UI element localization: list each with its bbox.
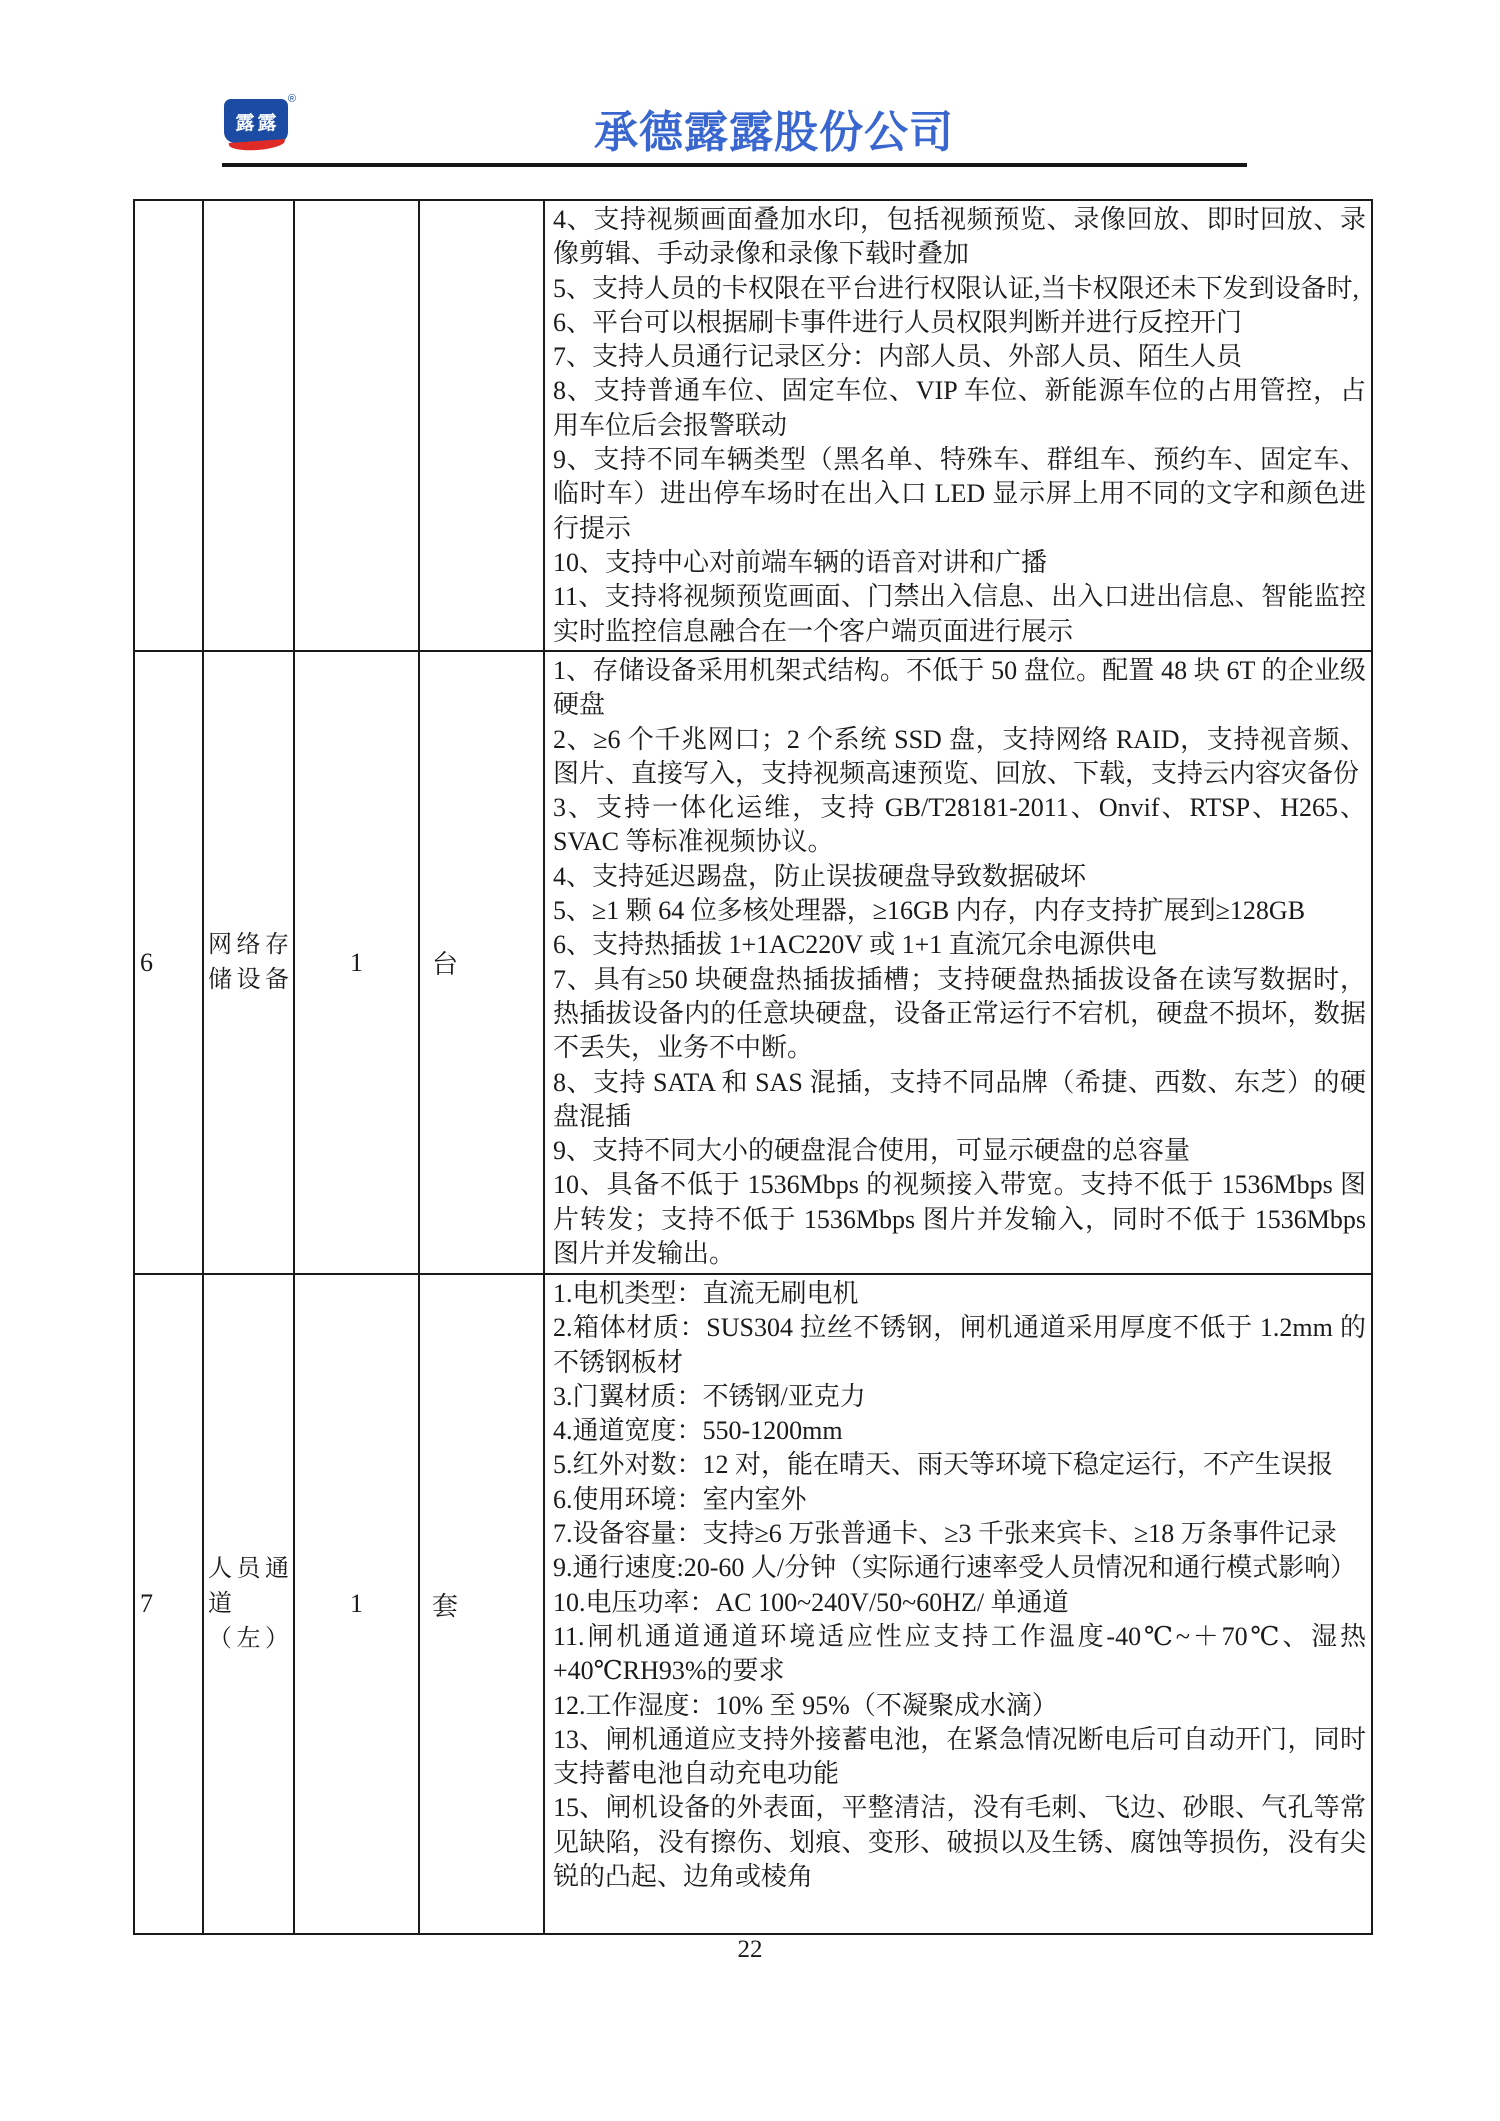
- row-no-cell: 6: [135, 652, 204, 1275]
- row-spec-cell: 1、存储设备采用机架式结构。不低于 50 盘位。配置 48 块 6T 的企业级硬…: [545, 652, 1371, 1275]
- spec-item: 11、支持将视频预览画面、门禁出入信息、出入口进出信息、智能监控实时监控信息融合…: [553, 580, 1366, 649]
- row-qty-cell: 1: [295, 652, 420, 1275]
- spec-item: 13、闸机通道应支持外接蓄电池，在紧急情况断电后可自动开门，同时支持蓄电池自动充…: [553, 1723, 1366, 1792]
- spec-item: 5、≥1 颗 64 位多核处理器，≥16GB 内存，内存支持扩展到≥128GB: [553, 894, 1366, 928]
- row-name-cell: 人员通 道（左）: [204, 1275, 295, 1933]
- spec-item: 2.箱体材质：SUS304 拉丝不锈钢，闸机通道采用厚度不低于 1.2mm 的不…: [553, 1311, 1366, 1380]
- spec-table: 4、支持视频画面叠加水印，包括视频预览、录像回放、即时回放、录像剪辑、手动录像和…: [133, 199, 1373, 1935]
- spec-item: 9、支持不同大小的硬盘混合使用，可显示硬盘的总容量: [553, 1134, 1366, 1168]
- row-name-cell: [204, 201, 295, 652]
- spec-item: 8、支持 SATA 和 SAS 混插，支持不同品牌（希捷、西数、东芝）的硬盘混插: [553, 1066, 1366, 1135]
- spec-item: 5、支持人员的卡权限在平台进行权限认证,当卡权限还未下发到设备时,: [553, 272, 1366, 306]
- spec-item: 4.通道宽度：550-1200mm: [553, 1414, 1366, 1448]
- spec-item: 11.闸机通道通道环境适应性应支持工作温度-40℃~＋70℃、湿热+40℃RH9…: [553, 1620, 1366, 1689]
- spec-item: 4、支持视频画面叠加水印，包括视频预览、录像回放、即时回放、录像剪辑、手动录像和…: [553, 203, 1366, 272]
- spec-item: 10.电压功率：AC 100~240V/50~60HZ/ 单通道: [553, 1586, 1366, 1620]
- row-name-cell: 网络存 储设备: [204, 652, 295, 1275]
- spec-item: 7、具有≥50 块硬盘热插拔插槽；支持硬盘热插拔设备在读写数据时，热插拔设备内的…: [553, 963, 1366, 1066]
- spec-item: 12.工作湿度：10% 至 95%（不凝聚成水滴）: [553, 1689, 1366, 1723]
- item-name-line: 道（左）: [208, 1587, 289, 1657]
- row-no-cell: 7: [135, 1275, 204, 1933]
- spec-item: 3、支持一体化运维，支持 GB/T28181-2011、Onvif、RTSP、H…: [553, 791, 1366, 860]
- spec-item: 6、平台可以根据刷卡事件进行人员权限判断并进行反控开门: [553, 306, 1366, 340]
- item-name-line: 储设备: [208, 963, 289, 998]
- spec-item: 6.使用环境：室内室外: [553, 1483, 1366, 1517]
- spec-item: 8、支持普通车位、固定车位、VIP 车位、新能源车位的占用管控，占用车位后会报警…: [553, 374, 1366, 443]
- row-spec-cell: 4、支持视频画面叠加水印，包括视频预览、录像回放、即时回放、录像剪辑、手动录像和…: [545, 201, 1371, 652]
- spec-item: 1.电机类型：直流无刷电机: [553, 1277, 1366, 1311]
- spec-item: 15、闸机设备的外表面，平整清洁，没有毛刺、飞边、砂眼、气孔等常见缺陷，没有擦伤…: [553, 1791, 1366, 1894]
- row-qty-cell: [295, 201, 420, 652]
- spec-item: 9、支持不同车辆类型（黑名单、特殊车、群组车、预约车、固定车、临时车）进出停车场…: [553, 443, 1366, 546]
- spec-item: 1、存储设备采用机架式结构。不低于 50 盘位。配置 48 块 6T 的企业级硬…: [553, 654, 1366, 723]
- item-name-line: 网络存: [208, 928, 289, 963]
- row-qty-cell: 1: [295, 1275, 420, 1933]
- row-no-cell: [135, 201, 204, 652]
- document-page: 露露 ® 承德露露股份公司 4、支持视频画面叠加水印，包括视频预览、录像回放、即…: [0, 0, 1500, 2121]
- row-unit-cell: 套: [420, 1275, 545, 1933]
- header-divider: [222, 163, 1247, 167]
- spec-item: 5.红外对数：12 对，能在晴天、雨天等环境下稳定运行，不产生误报: [553, 1448, 1366, 1482]
- spec-item: 10、支持中心对前端车辆的语音对讲和广播: [553, 546, 1366, 580]
- row-unit-cell: [420, 201, 545, 652]
- spec-item: 7、支持人员通行记录区分：内部人员、外部人员、陌生人员: [553, 340, 1366, 374]
- row-unit-cell: 台: [420, 652, 545, 1275]
- spec-item: 6、支持热插拔 1+1AC220V 或 1+1 直流冗余电源供电: [553, 928, 1366, 962]
- spec-item: 9.通行速度:20-60 人/分钟（实际通行速率受人员情况和通行模式影响）: [553, 1551, 1366, 1585]
- spec-item: 10、具备不低于 1536Mbps 的视频接入带宽。支持不低于 1536Mbps…: [553, 1168, 1366, 1271]
- company-title: 承德露露股份公司: [0, 96, 1500, 160]
- spec-item: 4、支持延迟踢盘，防止误拔硬盘导致数据破坏: [553, 860, 1366, 894]
- page-number: 22: [0, 1936, 1500, 1964]
- spec-item: 7.设备容量：支持≥6 万张普通卡、≥3 千张来宾卡、≥18 万条事件记录: [553, 1517, 1366, 1551]
- item-name-line: 人员通: [208, 1552, 289, 1587]
- row-spec-cell: 1.电机类型：直流无刷电机 2.箱体材质：SUS304 拉丝不锈钢，闸机通道采用…: [545, 1275, 1371, 1933]
- spec-item: 3.门翼材质：不锈钢/亚克力: [553, 1380, 1366, 1414]
- spec-item: 2、≥6 个千兆网口；2 个系统 SSD 盘，支持网络 RAID，支持视音频、图…: [553, 723, 1366, 792]
